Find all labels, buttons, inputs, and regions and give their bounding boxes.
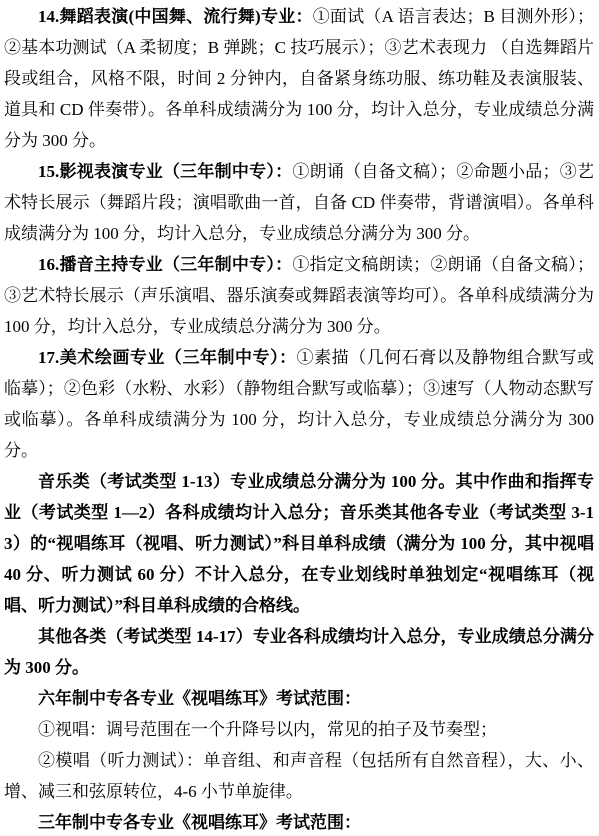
paragraph-lead: 三年制中专各专业《视唱练耳》考试范围： xyxy=(38,813,361,832)
paragraph-lead: 16.播音主持专业（三年制中专）： xyxy=(38,255,292,274)
paragraph-body: ①视唱：调号范围在一个升降号以内，常见的拍子及节奏型； xyxy=(38,720,497,739)
paragraph-15-film-tv-performance: 15.影视表演专业（三年制中专）：①朗诵（自备文稿）；②命题小品；③艺术特长展示… xyxy=(4,156,594,249)
paragraph-body: ①面试（A 语言表达；B 目测外形）；②基本功测试（A 柔韧度；B 弹跳；C 技… xyxy=(4,7,594,150)
document-page: 14.舞蹈表演(中国舞、流行舞)专业：①面试（A 语言表达；B 目测外形）；②基… xyxy=(0,0,599,836)
paragraph-music-category-scoring: 音乐类（考试类型 1-13）专业成绩总分满分为 100 分。其中作曲和指挥专业（… xyxy=(4,466,594,621)
paragraph-lead: 17.美术绘画专业（三年制中专）： xyxy=(38,348,297,367)
paragraph-sight-singing-item: ①视唱：调号范围在一个升降号以内，常见的拍子及节奏型； xyxy=(4,714,594,745)
paragraph-lead: 15.影视表演专业（三年制中专）： xyxy=(38,162,292,181)
paragraph-lead: 六年制中专各专业《视唱练耳》考试范围： xyxy=(38,689,361,708)
paragraph-lead: 其他各类（考试类型 14-17）专业各科成绩均计入总分，专业成绩总分满分为 30… xyxy=(4,627,594,677)
paragraph-17-fine-arts-painting: 17.美术绘画专业（三年制中专）：①素描（几何石膏以及静物组合默写或临摹）；②色… xyxy=(4,342,594,466)
paragraph-other-categories-scoring: 其他各类（考试类型 14-17）专业各科成绩均计入总分，专业成绩总分满分为 30… xyxy=(4,621,594,683)
paragraph-lead: 14.舞蹈表演(中国舞、流行舞)专业： xyxy=(38,7,313,26)
paragraph-ear-training-item: ②模唱（听力测试）：单音组、和声音程（包括所有自然音程），大、小、增、减三和弦原… xyxy=(4,745,594,807)
paragraph-body: ②模唱（听力测试）：单音组、和声音程（包括所有自然音程），大、小、增、减三和弦原… xyxy=(4,751,594,801)
paragraph-lead: 音乐类（考试类型 1-13）专业成绩总分满分为 100 分。其中作曲和指挥专业（… xyxy=(4,472,594,615)
heading-six-year-solfeggio-scope: 六年制中专各专业《视唱练耳》考试范围： xyxy=(4,683,594,714)
paragraph-16-broadcasting-hosting: 16.播音主持专业（三年制中专）：①指定文稿朗读；②朗诵（自备文稿）；③艺术特长… xyxy=(4,249,594,342)
paragraph-14-dance-performance: 14.舞蹈表演(中国舞、流行舞)专业：①面试（A 语言表达；B 目测外形）；②基… xyxy=(4,1,594,156)
heading-three-year-solfeggio-scope: 三年制中专各专业《视唱练耳》考试范围： xyxy=(4,807,594,836)
